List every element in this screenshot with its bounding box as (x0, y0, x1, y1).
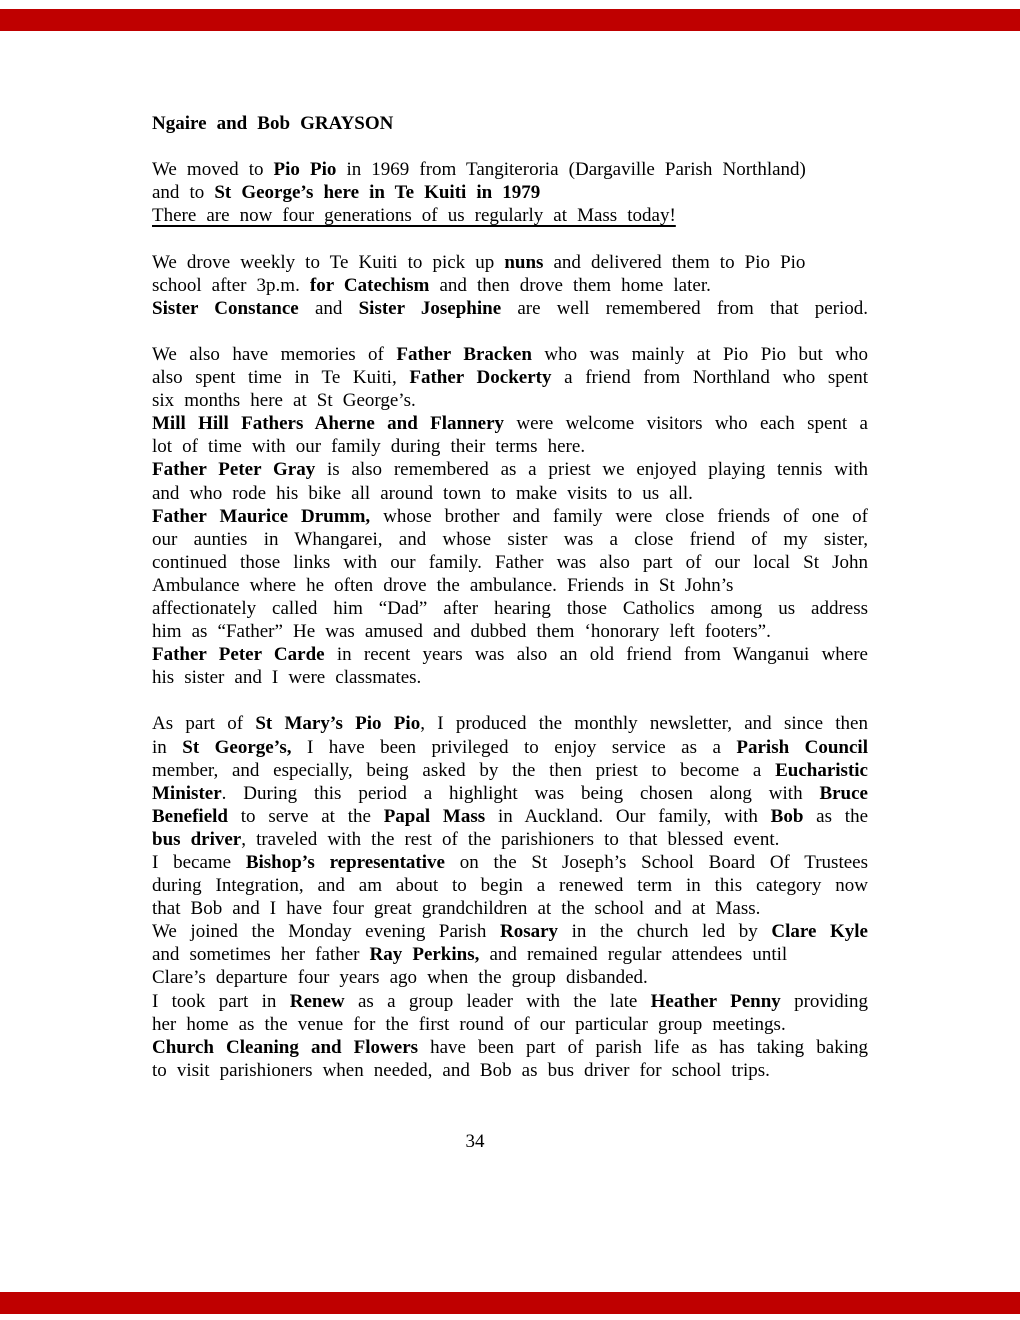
text-segment: his sister and I were classmates. (152, 667, 421, 688)
text-line: I became Bishop’s representative on the … (152, 851, 868, 874)
text-segment: . During this period a highlight was bei… (222, 783, 820, 804)
text-segment: in the church led by (558, 921, 771, 942)
text-line: that Bob and I have four great grandchil… (152, 897, 868, 920)
bold-text-segment: for Catechism (310, 275, 429, 296)
bold-text-segment: Bruce (819, 783, 868, 804)
bold-text-segment: Father Peter Gray (152, 459, 315, 480)
text-segment: We moved to (152, 159, 274, 180)
text-line: six months here at St George’s. (152, 389, 868, 412)
text-line: Father Peter Carde in recent years was a… (152, 643, 868, 666)
text-line: and sometimes her father Ray Perkins, an… (152, 943, 868, 966)
text-line: Church Cleaning and Flowers have been pa… (152, 1036, 868, 1059)
text-segment: providing (781, 991, 868, 1012)
bold-text-segment: Bob (771, 806, 804, 827)
text-segment: We drove weekly to Te Kuiti to pick up (152, 252, 504, 273)
text-segment: member, and especially, being asked by t… (152, 760, 775, 781)
bold-text-segment: Bishop’s representative (246, 852, 445, 873)
document-body-text: Ngaire and Bob GRAYSON We moved to Pio P… (152, 112, 868, 1082)
text-segment: who was mainly at Pio Pio but who (532, 344, 868, 365)
text-segment: to visit parishioners when needed, and B… (152, 1060, 770, 1081)
text-segment: is also remembered as a priest we enjoye… (315, 459, 868, 480)
text-line: to visit parishioners when needed, and B… (152, 1059, 868, 1082)
text-line: We joined the Monday evening Parish Rosa… (152, 920, 868, 943)
bold-text-segment: Sister Josephine (359, 298, 502, 319)
text-segment: in recent years was also an old friend f… (325, 644, 868, 665)
text-line: Minister. During this period a highlight… (152, 782, 868, 805)
text-segment: We joined the Monday evening Parish (152, 921, 500, 942)
bold-text-segment: Parish Council (736, 737, 868, 758)
bold-text-segment: St Mary’s Pio Pio (255, 713, 420, 734)
bold-text-segment: Sister Constance (152, 298, 299, 319)
text-line: her home as the venue for the first roun… (152, 1013, 868, 1036)
text-line: and to St George’s here in Te Kuiti in 1… (152, 181, 868, 204)
text-segment: on the St Joseph’s School Board Of Trust… (445, 852, 868, 873)
text-line: continued those links with our family. F… (152, 551, 868, 574)
bold-text-segment: Eucharistic (775, 760, 868, 781)
text-segment: affectionately called him “Dad” after he… (152, 598, 868, 619)
text-line: Father Maurice Drumm, whose brother and … (152, 505, 868, 528)
text-segment: and then drove them home later. (429, 275, 710, 296)
text-line: him as “Father” He was amused and dubbed… (152, 620, 868, 643)
bold-text-segment: Clare Kyle (771, 921, 868, 942)
text-segment: a friend from Northland who spent (551, 367, 868, 388)
text-segment: lot of time with our family during their… (152, 436, 585, 457)
paragraph-spacer (152, 135, 868, 158)
text-line: There are now four generations of us reg… (152, 204, 868, 227)
text-segment: and delivered them to Pio Pio (543, 252, 805, 273)
bold-text-segment: Father Dockerty (409, 367, 551, 388)
text-segment: and sometimes her father (152, 944, 370, 965)
text-segment: in Auckland. Our family, with (485, 806, 770, 827)
text-segment: our aunties in Whangarei, and whose sist… (152, 529, 868, 550)
text-segment: during Integration, and am about to begi… (152, 875, 868, 896)
text-line: Mill Hill Fathers Aherne and Flannery we… (152, 412, 868, 435)
bold-text-segment: Papal Mass (384, 806, 485, 827)
text-line: our aunties in Whangarei, and whose sist… (152, 528, 868, 551)
text-line: I took part in Renew as a group leader w… (152, 990, 868, 1013)
text-line: member, and especially, being asked by t… (152, 759, 868, 782)
text-segment: , traveled with the rest of the parishio… (241, 829, 779, 850)
paragraph-spacer (152, 689, 868, 712)
text-segment: I have been privileged to enjoy service … (291, 737, 736, 758)
bold-text-segment: St George’s here in Te Kuiti in 1979 (214, 182, 540, 203)
text-segment: to serve at the (228, 806, 384, 827)
text-segment: are well remembered from that period. (501, 298, 868, 319)
text-line: Benefield to serve at the Papal Mass in … (152, 805, 868, 828)
text-segment: continued those links with our family. F… (152, 552, 868, 573)
page-number: 34 (152, 1130, 798, 1153)
text-line: affectionately called him “Dad” after he… (152, 597, 868, 620)
bold-text-segment: Renew (290, 991, 345, 1012)
text-line: We moved to Pio Pio in 1969 from Tangite… (152, 158, 868, 181)
text-segment: and to (152, 182, 214, 203)
text-segment: Clare’s departure four years ago when th… (152, 967, 648, 988)
text-segment: six months here at St George’s. (152, 390, 416, 411)
text-segment: and remained regular attendees until (479, 944, 787, 965)
text-line: during Integration, and am about to begi… (152, 874, 868, 897)
text-segment: I took part in (152, 991, 290, 1012)
bold-text-segment: Father Maurice Drumm, (152, 506, 370, 527)
text-segment: her home as the venue for the first roun… (152, 1014, 786, 1035)
text-segment: and (299, 298, 359, 319)
paragraph-spacer (152, 320, 868, 343)
paragraph-spacer (152, 227, 868, 250)
text-segment: have been part of parish life as has tak… (418, 1037, 868, 1058)
bold-text-segment: St George’s, (182, 737, 291, 758)
text-segment: him as “Father” He was amused and dubbed… (152, 621, 771, 642)
text-line: We drove weekly to Te Kuiti to pick up n… (152, 251, 868, 274)
text-segment: There are now four generations of us reg… (152, 205, 676, 226)
document-page: Ngaire and Bob GRAYSON We moved to Pio P… (0, 0, 1020, 1320)
text-segment: Ambulance where he often drove the ambul… (152, 575, 733, 596)
bold-text-segment: Father Peter Carde (152, 644, 325, 665)
bold-text-segment: Rosary (500, 921, 558, 942)
text-line: Father Peter Gray is also remembered as … (152, 458, 868, 481)
page-boundary-bar-top (0, 9, 1020, 31)
text-segment: that Bob and I have four great grandchil… (152, 898, 760, 919)
text-line: We also have memories of Father Bracken … (152, 343, 868, 366)
text-segment: whose brother and family were close frie… (370, 506, 868, 527)
text-line: school after 3p.m. for Catechism and the… (152, 274, 868, 297)
text-segment: also spent time in Te Kuiti, (152, 367, 409, 388)
text-line: As part of St Mary’s Pio Pio, I produced… (152, 712, 868, 735)
text-segment: as a group leader with the late (345, 991, 651, 1012)
text-segment: , I produced the monthly newsletter, and… (420, 713, 868, 734)
text-line: Sister Constance and Sister Josephine ar… (152, 297, 868, 320)
text-line: lot of time with our family during their… (152, 435, 868, 458)
text-segment: were welcome visitors who each spent a (504, 413, 868, 434)
text-segment: I became (152, 852, 246, 873)
text-line: Ambulance where he often drove the ambul… (152, 574, 868, 597)
bold-text-segment: nuns (504, 252, 543, 273)
bold-text-segment: Ray Perkins, (370, 944, 480, 965)
bold-text-segment: Mill Hill Fathers Aherne and Flannery (152, 413, 504, 434)
text-segment: and who rode his bike all around town to… (152, 483, 693, 504)
text-line: also spent time in Te Kuiti, Father Dock… (152, 366, 868, 389)
bold-text-segment: Heather Penny (651, 991, 781, 1012)
text-line: and who rode his bike all around town to… (152, 482, 868, 505)
bold-text-segment: Church Cleaning and Flowers (152, 1037, 418, 1058)
text-segment: We also have memories of (152, 344, 396, 365)
bold-text-segment: Father Bracken (396, 344, 532, 365)
text-segment: in (152, 737, 182, 758)
bold-text-segment: bus driver (152, 829, 241, 850)
text-line: bus driver, traveled with the rest of th… (152, 828, 868, 851)
bold-text-segment: Pio Pio (274, 159, 337, 180)
text-line: his sister and I were classmates. (152, 666, 868, 689)
page-boundary-bar-bottom (0, 1292, 1020, 1314)
text-segment: as the (803, 806, 868, 827)
bold-text-segment: Benefield (152, 806, 228, 827)
text-line: Clare’s departure four years ago when th… (152, 966, 868, 989)
text-segment: As part of (152, 713, 255, 734)
document-title: Ngaire and Bob GRAYSON (152, 112, 868, 135)
text-segment: school after 3p.m. (152, 275, 310, 296)
bold-text-segment: Minister (152, 783, 222, 804)
text-line: in St George’s, I have been privileged t… (152, 736, 868, 759)
text-segment: in 1969 from Tangiteroria (Dargaville Pa… (336, 159, 805, 180)
